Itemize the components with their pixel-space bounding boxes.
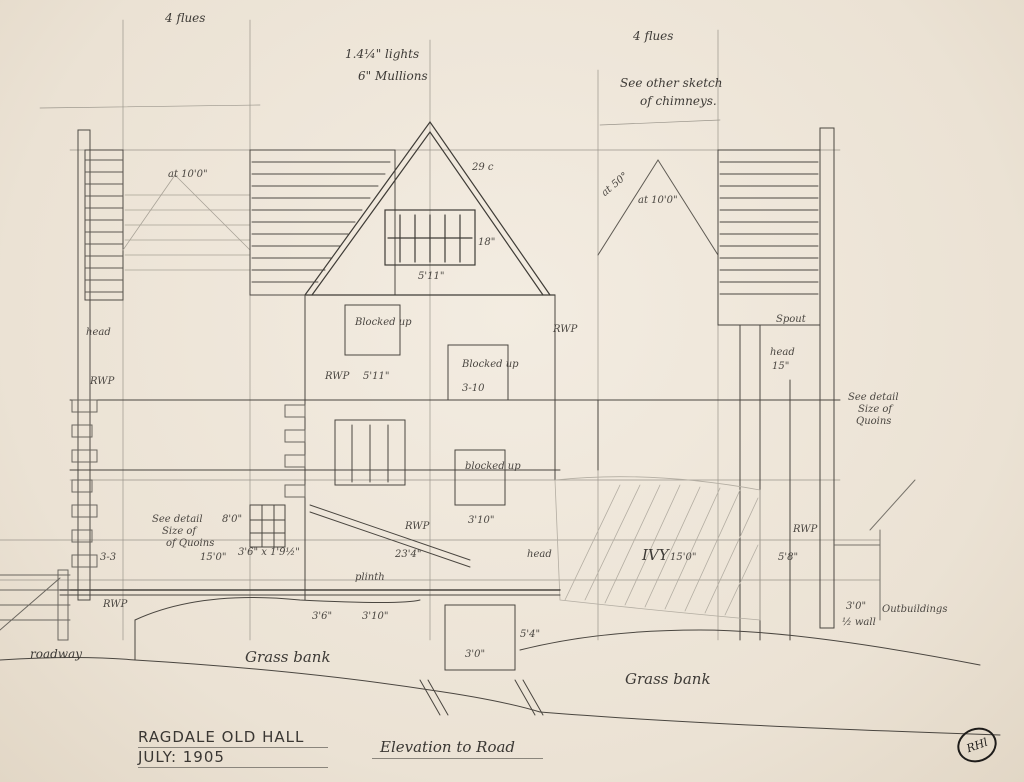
note-ivy: IVY: [642, 548, 669, 564]
note-dim-23-4: 23'4": [395, 550, 421, 561]
note-grass-bank-left: Grass bank: [245, 650, 331, 666]
note-rwp-diag: RWP: [405, 522, 429, 533]
gate: [0, 570, 70, 640]
main-left-roof: [250, 150, 395, 295]
note-chimney-sketch-2: of chimneys.: [640, 95, 717, 108]
note-blocked-3: blocked up: [465, 462, 521, 473]
note-blocked-3-width: 3'10": [468, 516, 494, 527]
note-dim-3-3: 3-3: [100, 553, 116, 564]
note-dim-15: 15": [772, 362, 789, 373]
drawing-title: RAGDALE OLD HALL: [138, 728, 328, 748]
note-roof-right-pitch: at 10'0": [638, 196, 678, 207]
note-ground-window: 3'6" x 1'9½": [238, 548, 300, 559]
title-block: RAGDALE OLD HALL JULY: 1905: [138, 728, 328, 768]
note-dim-15-0: 15'0": [200, 553, 226, 564]
note-half-wall: ½ wall: [842, 618, 876, 629]
drawing-sheet: 4 flues 1.4¼" lights 6" Mullions 4 flues…: [0, 0, 1024, 782]
note-gable-window-height: 18": [478, 238, 495, 249]
outbuilding: [835, 480, 915, 620]
note-ivy-dim: 15'0": [670, 553, 696, 564]
note-rwp-base: RWP: [103, 600, 127, 611]
note-dim-3-6: 3'6": [312, 612, 332, 623]
note-gable-window-width: 5'11": [418, 272, 444, 283]
note-outbuildings: Outbuildings: [882, 605, 947, 616]
note-quoins-right-1: See detail: [848, 393, 899, 404]
note-blocked-1: Blocked up: [355, 318, 412, 329]
construction-lines: [0, 20, 880, 640]
note-head-door: head: [527, 550, 552, 561]
note-dim-5-4: 5'4": [520, 630, 540, 641]
note-dim-5-8: 5'8": [778, 553, 798, 564]
note-roadway: roadway: [30, 648, 82, 661]
note-blocked-2-width: 3-10: [462, 384, 484, 395]
note-quoins-right-2: Size of: [858, 405, 892, 416]
right-wing: [598, 128, 834, 640]
note-quoins-2: Size of: [162, 527, 196, 538]
note-quoins-1: See detail: [152, 515, 203, 526]
note-plinth: plinth: [355, 573, 385, 584]
note-flues-left: 4 flues: [165, 12, 205, 25]
note-rwp-right: RWP: [553, 325, 577, 336]
drawing-subtitle: Elevation to Road: [372, 738, 543, 759]
note-rwp-left: RWP: [90, 377, 114, 388]
note-roof-left-pitch: at 10'0": [168, 170, 208, 181]
note-blocked-2: Blocked up: [462, 360, 519, 371]
note-dim-door: 3'0": [465, 650, 485, 661]
note-chimney-sketch: See other sketch: [620, 77, 722, 90]
note-dim-8-0: 8'0": [222, 515, 242, 526]
note-dim-3-10: 3'10": [362, 612, 388, 623]
note-quoins-right-3: Quoins: [856, 417, 891, 428]
note-mullions: 6" Mullions: [358, 70, 428, 83]
drawing-date: JULY: 1905: [138, 748, 328, 768]
note-lights: 1.4¼" lights: [345, 48, 419, 61]
note-rwp-mid: RWP: [325, 372, 349, 383]
note-rwp-right-low: RWP: [793, 525, 817, 536]
note-head-right: head: [770, 348, 795, 359]
note-dim-3-0: 3'0": [846, 602, 866, 613]
note-dim-5-11: 5'11": [363, 372, 389, 383]
left-hip-roof: [123, 175, 250, 270]
note-spout: Spout: [776, 315, 806, 326]
note-grass-bank-right: Grass bank: [625, 672, 711, 688]
note-quoins-3: of Quoins: [166, 539, 214, 550]
note-head-left: head: [86, 328, 111, 339]
house-body: [70, 295, 840, 600]
elevation-drawing: [0, 0, 1024, 782]
note-flues-right: 4 flues: [633, 30, 673, 43]
note-gable-course: 29 c: [472, 163, 494, 174]
